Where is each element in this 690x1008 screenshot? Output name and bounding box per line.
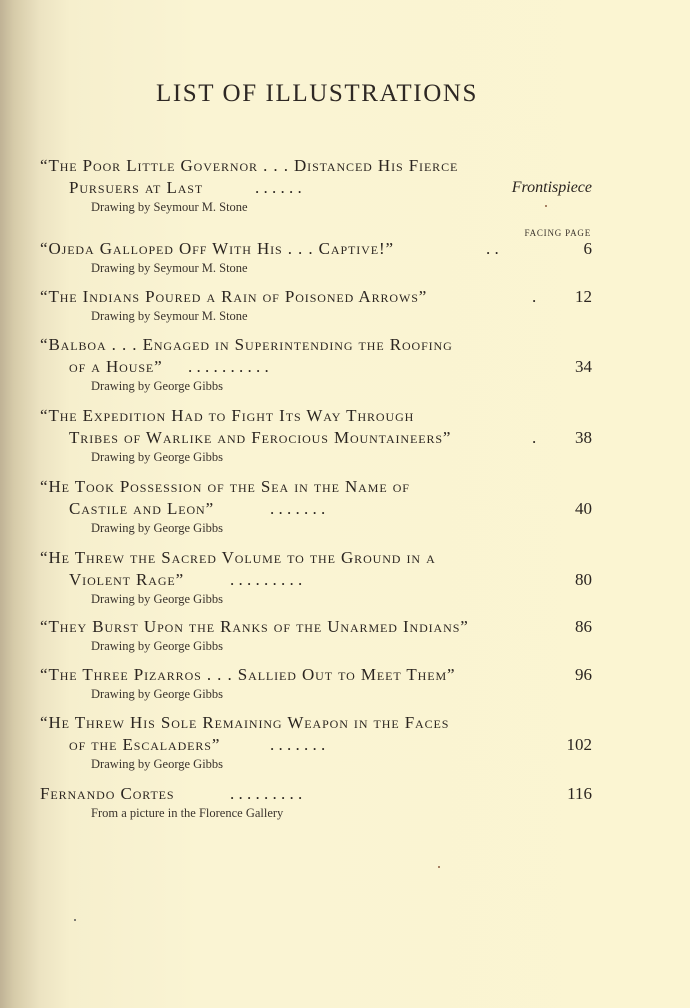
- leader-dots: . .: [486, 238, 499, 260]
- leader-dots: .: [532, 286, 536, 308]
- page-title: LIST OF ILLUSTRATIONS: [0, 80, 634, 108]
- facing-page-label: FACING PAGE: [524, 228, 591, 238]
- page-number: 116: [567, 783, 592, 805]
- entry-title-text: Fernando Cortes: [40, 784, 175, 803]
- entry-title-text: “The Three Pizarros . . . Sallied Out to…: [40, 665, 456, 684]
- entry-title-text: “The Indians Poured a Rain of Poisoned A…: [40, 287, 427, 306]
- illustration-entry: “The Expedition Had to Fight Its Way Thr…: [40, 405, 592, 465]
- illustration-entry: “Balboa . . . Engaged in Superintending …: [40, 334, 592, 394]
- page-number: 96: [575, 664, 592, 686]
- page-number: 38: [575, 427, 592, 449]
- entry-title-line-cont: Violent Rage” . . . . . . . . . 80: [40, 569, 592, 591]
- illustration-entry: “He Threw His Sole Remaining Weapon in t…: [40, 712, 592, 772]
- entry-title-text: of the Escaladers”: [69, 735, 220, 754]
- entry-title-text: of a House”: [69, 357, 163, 376]
- entry-credit: Drawing by George Gibbs: [40, 378, 592, 394]
- entry-title-text: Castile and Leon”: [69, 499, 214, 518]
- leader-dots: .: [532, 427, 536, 449]
- page-number: 102: [567, 734, 593, 756]
- book-page: LIST OF ILLUSTRATIONS FACING PAGE “The P…: [0, 0, 690, 1008]
- entry-title-text: “They Burst Upon the Ranks of the Unarme…: [40, 617, 469, 636]
- illustration-entry: “He Threw the Sacred Volume to the Groun…: [40, 547, 592, 607]
- entry-title-text: Pursuers at Last: [69, 178, 203, 197]
- paper-speck: [74, 919, 76, 921]
- entry-title-line-cont: Tribes of Warlike and Ferocious Mountain…: [40, 427, 592, 449]
- entry-title-line: “He Threw His Sole Remaining Weapon in t…: [40, 712, 592, 734]
- entry-title-line: “Ojeda Galloped Off With His . . . Capti…: [40, 238, 592, 260]
- leader-dots: . . . . . . . . . .: [188, 356, 269, 378]
- leader-dots: . . . . . .: [255, 177, 302, 199]
- entry-title-line: “They Burst Upon the Ranks of the Unarme…: [40, 616, 592, 638]
- entry-credit: Drawing by Seymour M. Stone: [40, 308, 592, 324]
- entry-title-line-cont: Pursuers at Last . . . . . . Frontispiec…: [40, 177, 592, 199]
- entry-title-line-cont: of the Escaladers” . . . . . . . 102: [40, 734, 592, 756]
- entry-title-line: “The Three Pizarros . . . Sallied Out to…: [40, 664, 592, 686]
- entry-credit: From a picture in the Florence Gallery: [40, 805, 592, 821]
- illustration-entry: “Ojeda Galloped Off With His . . . Capti…: [40, 238, 592, 276]
- entry-credit: Drawing by George Gibbs: [40, 638, 592, 654]
- entry-title-line: Fernando Cortes . . . . . . . . . 116: [40, 783, 592, 805]
- illustration-entry: “He Took Possession of the Sea in the Na…: [40, 476, 592, 536]
- leader-dots: . . . . . . . . .: [230, 569, 302, 591]
- entry-credit: Drawing by George Gibbs: [40, 686, 592, 702]
- entry-title-line-cont: Castile and Leon” . . . . . . . 40: [40, 498, 592, 520]
- illustration-entry: “They Burst Upon the Ranks of the Unarme…: [40, 616, 592, 654]
- illustration-entry: “The Poor Little Governor . . . Distance…: [40, 155, 592, 215]
- entry-credit: Drawing by George Gibbs: [40, 591, 592, 607]
- entry-title-text: “Ojeda Galloped Off With His . . . Capti…: [40, 239, 394, 258]
- entry-title-line: “The Indians Poured a Rain of Poisoned A…: [40, 286, 592, 308]
- page-number: 40: [575, 498, 592, 520]
- leader-dots: . . . . . . .: [270, 734, 325, 756]
- illustration-entry: Fernando Cortes . . . . . . . . . 116 Fr…: [40, 783, 592, 821]
- entry-credit: Drawing by Seymour M. Stone: [40, 260, 592, 276]
- entry-title-line: “Balboa . . . Engaged in Superintending …: [40, 334, 592, 356]
- illustration-entry: “The Three Pizarros . . . Sallied Out to…: [40, 664, 592, 702]
- entry-credit: Drawing by Seymour M. Stone: [40, 199, 592, 215]
- entry-credit: Drawing by George Gibbs: [40, 756, 592, 772]
- entry-credit: Drawing by George Gibbs: [40, 449, 592, 465]
- page-number: 86: [575, 616, 592, 638]
- paper-speck: [438, 866, 440, 868]
- entry-title-line: “He Took Possession of the Sea in the Na…: [40, 476, 592, 498]
- page-number: Frontispiece: [512, 177, 592, 199]
- entry-title-line: “The Expedition Had to Fight Its Way Thr…: [40, 405, 592, 427]
- leader-dots: . . . . . . .: [270, 498, 325, 520]
- page-number: 34: [575, 356, 592, 378]
- entry-title-text: Violent Rage”: [69, 570, 184, 589]
- entry-title-text: Tribes of Warlike and Ferocious Mountain…: [69, 428, 451, 447]
- page-number: 12: [575, 286, 592, 308]
- entry-credit: Drawing by George Gibbs: [40, 520, 592, 536]
- illustration-entry: “The Indians Poured a Rain of Poisoned A…: [40, 286, 592, 324]
- page-number: 6: [584, 238, 593, 260]
- leader-dots: . . . . . . . . .: [230, 783, 302, 805]
- paper-speck: [545, 205, 547, 207]
- entry-title-line-cont: of a House” . . . . . . . . . . 34: [40, 356, 592, 378]
- entry-title-line: “The Poor Little Governor . . . Distance…: [40, 155, 592, 177]
- page-number: 80: [575, 569, 592, 591]
- entry-title-line: “He Threw the Sacred Volume to the Groun…: [40, 547, 592, 569]
